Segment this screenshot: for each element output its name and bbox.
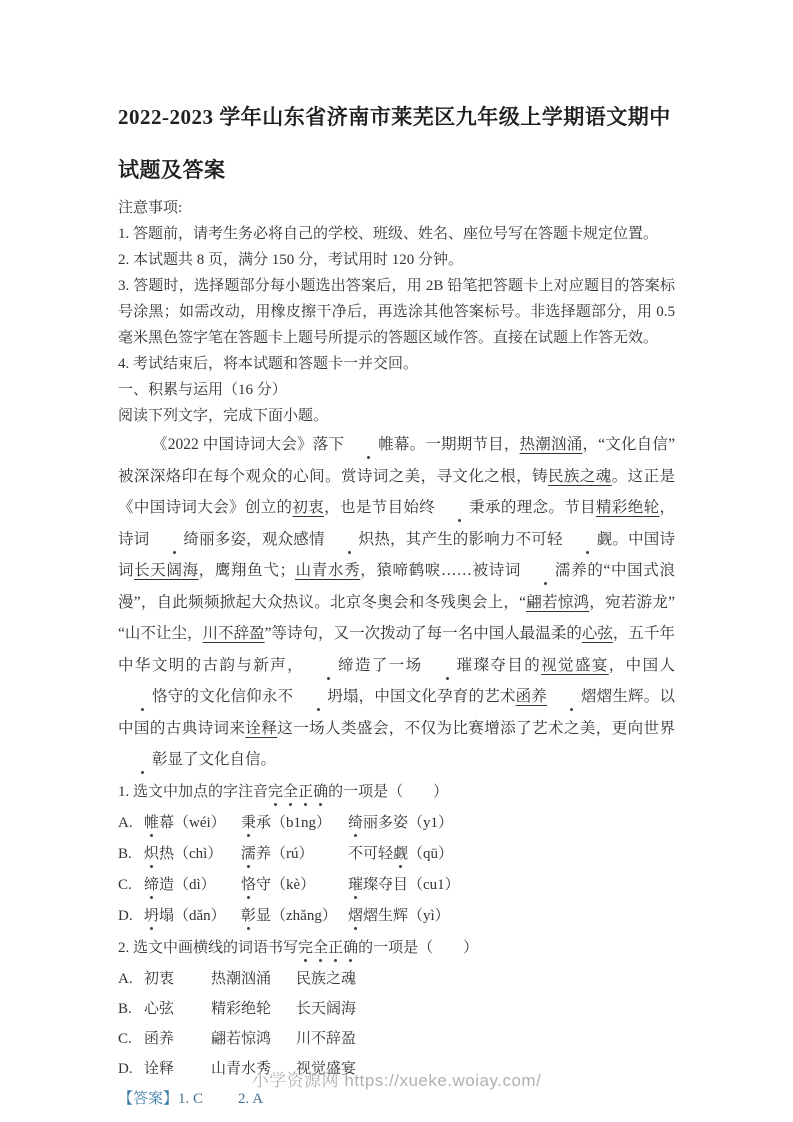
page-title-line-2: 试题及答案 bbox=[118, 154, 675, 186]
option-word: 恪守（kè） bbox=[241, 870, 348, 901]
option-word: 缔造（dì） bbox=[144, 870, 241, 901]
footer: 小学资源网 https://xueke.woiay.com/ bbox=[0, 1066, 793, 1091]
option-label: D. bbox=[118, 901, 144, 932]
option-word: 濡养（rú） bbox=[241, 839, 348, 870]
notice-item-4: 4. 考试结束后，将本试题和答题卡一并交回。 bbox=[118, 351, 675, 377]
question-2-option-a: A. 初衷 热潮汹涌 民族之魂 bbox=[118, 964, 675, 994]
reading-instruction: 阅读下列文字，完成下面小题。 bbox=[118, 403, 675, 429]
option-label: A. bbox=[118, 964, 144, 994]
page-title-line-1: 2022-2023 学年山东省济南市莱芜区九年级上学期语文期中 bbox=[118, 101, 675, 133]
option-label: A. bbox=[118, 808, 144, 839]
notice-heading: 注意事项: bbox=[118, 195, 675, 221]
section-heading: 一、积累与运用（16 分） bbox=[118, 377, 675, 403]
question-2-stem: 2. 选文中画横线的词语书写完全正确的一项是（ ） bbox=[118, 932, 675, 964]
option-word: 璀璨夺目（cu1） bbox=[348, 870, 460, 901]
option-label: B. bbox=[118, 839, 144, 870]
question-2-option-b: B. 心弦 精彩绝轮 长天阔海 bbox=[118, 994, 675, 1024]
option-word: 坍塌（dǎn） bbox=[144, 901, 241, 932]
question-2: 2. 选文中画横线的词语书写完全正确的一项是（ ） A. 初衷 热潮汹涌 民族之… bbox=[118, 932, 675, 1084]
option-word: 秉承（b1ng） bbox=[241, 808, 348, 839]
option-word: 热潮汹涌 bbox=[211, 964, 296, 994]
footer-url[interactable]: https://xueke.woiay.com/ bbox=[344, 1071, 541, 1090]
option-word: 函养 bbox=[144, 1024, 211, 1054]
exam-notice: 注意事项: 1. 答题前，请考生务必将自己的学校、班级、姓名、座位号写在答题卡规… bbox=[118, 195, 675, 377]
question-1-option-c: C. 缔造（dì） 恪守（kè） 璀璨夺目（cu1） bbox=[118, 870, 675, 901]
option-word: 川不辞盈 bbox=[296, 1024, 356, 1054]
option-word: 帷幕（wéi） bbox=[144, 808, 241, 839]
answer-label: 【答案】 bbox=[118, 1091, 178, 1107]
notice-item-1: 1. 答题前，请考生务必将自己的学校、班级、姓名、座位号写在答题卡规定位置。 bbox=[118, 221, 675, 247]
reading-passage: 《2022 中国诗词大会》落下帷幕。一期期节目，热潮汹涌，“文化自信”被深深烙印… bbox=[118, 429, 675, 776]
exam-document-page: 2022-2023 学年山东省济南市莱芜区九年级上学期语文期中 试题及答案 注意… bbox=[0, 0, 793, 1122]
option-label: C. bbox=[118, 870, 144, 901]
option-word: 民族之魂 bbox=[296, 964, 356, 994]
option-word: 初衷 bbox=[144, 964, 211, 994]
question-2-option-c: C. 函养 翩若惊鸿 川不辞盈 bbox=[118, 1024, 675, 1054]
question-1-option-a: A. 帷幕（wéi） 秉承（b1ng） 绮丽多姿（y1） bbox=[118, 808, 675, 839]
option-word: 彰显（zhǎng） bbox=[241, 901, 348, 932]
question-1-stem: 1. 选文中加点的字注音完全正确的一项是（ ） bbox=[118, 776, 675, 808]
question-1: 1. 选文中加点的字注音完全正确的一项是（ ） A. 帷幕（wéi） 秉承（b1… bbox=[118, 776, 675, 932]
option-word: 心弦 bbox=[144, 994, 211, 1024]
option-label: B. bbox=[118, 994, 144, 1024]
option-word: 长天阔海 bbox=[296, 994, 356, 1024]
option-word: 炽热（chì） bbox=[144, 839, 241, 870]
option-label: C. bbox=[118, 1024, 144, 1054]
answer-item-1: 1. C bbox=[178, 1091, 203, 1107]
footer-site-name: 小学资源网 bbox=[252, 1071, 340, 1090]
question-1-options: A. 帷幕（wéi） 秉承（b1ng） 绮丽多姿（y1） B. 炽热（chì） … bbox=[118, 808, 675, 932]
option-word: 绮丽多姿（y1） bbox=[348, 808, 453, 839]
question-1-option-d: D. 坍塌（dǎn） 彰显（zhǎng） 熠熠生辉（yì） bbox=[118, 901, 675, 932]
option-word: 熠熠生辉（yì） bbox=[348, 901, 450, 932]
option-word: 翩若惊鸿 bbox=[211, 1024, 296, 1054]
page-title: 2022-2023 学年山东省济南市莱芜区九年级上学期语文期中 试题及答案 bbox=[118, 101, 675, 186]
answer-item-2: 2. A bbox=[238, 1091, 263, 1107]
option-word: 不可轻觑（qū） bbox=[348, 839, 453, 870]
notice-item-2: 2. 本试题共 8 页，满分 150 分，考试用时 120 分钟。 bbox=[118, 247, 675, 273]
notice-item-3: 3. 答题时，选择题部分每小题选出答案后，用 2B 铅笔把答题卡上对应题目的答案… bbox=[118, 273, 675, 351]
question-1-option-b: B. 炽热（chì） 濡养（rú） 不可轻觑（qū） bbox=[118, 839, 675, 870]
option-word: 精彩绝轮 bbox=[211, 994, 296, 1024]
document-content: 2022-2023 学年山东省济南市莱芜区九年级上学期语文期中 试题及答案 注意… bbox=[118, 101, 675, 1114]
